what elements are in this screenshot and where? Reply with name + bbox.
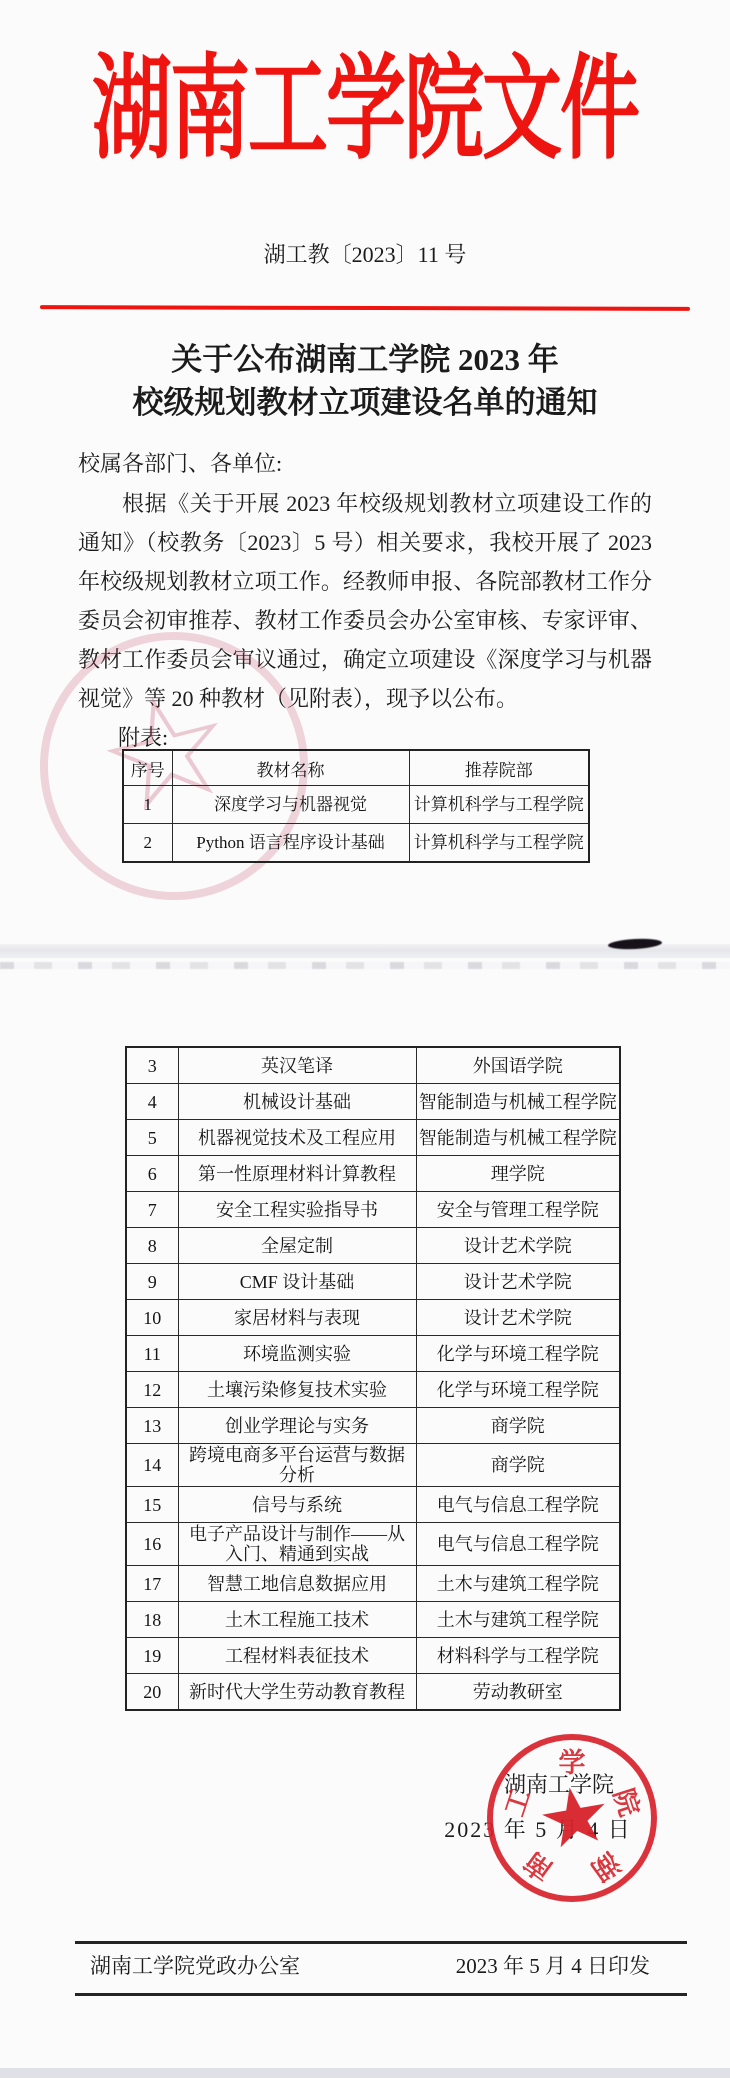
textbook-name-cell: 英汉笔译 xyxy=(178,1047,416,1084)
row-number-cell: 6 xyxy=(126,1156,178,1192)
column-header: 推荐院部 xyxy=(409,750,589,786)
textbook-name-cell: 新时代大学生劳动教育教程 xyxy=(178,1674,416,1711)
textbook-name-cell: 工程材料表征技术 xyxy=(178,1638,416,1674)
seal-ring-char: 工 xyxy=(499,1783,537,1821)
table-row: 15信号与系统电气与信息工程学院 xyxy=(126,1487,620,1523)
department-cell: 安全与管理工程学院 xyxy=(416,1192,620,1228)
row-number-cell: 20 xyxy=(126,1674,178,1711)
department-cell: 土木与建筑工程学院 xyxy=(416,1602,620,1638)
department-cell: 化学与环境工程学院 xyxy=(416,1372,620,1408)
department-cell: 计算机科学与工程学院 xyxy=(409,824,589,863)
table-row: 4机械设计基础智能制造与机械工程学院 xyxy=(126,1084,620,1120)
textbook-name-cell: 机械设计基础 xyxy=(178,1084,416,1120)
table-row: 11环境监测实验化学与环境工程学院 xyxy=(126,1336,620,1372)
table-row: 13创业学理论与实务商学院 xyxy=(126,1408,620,1444)
department-cell: 电气与信息工程学院 xyxy=(416,1523,620,1566)
row-number-cell: 19 xyxy=(126,1638,178,1674)
department-cell: 设计艺术学院 xyxy=(416,1300,620,1336)
row-number-cell: 13 xyxy=(126,1408,178,1444)
row-number-cell: 14 xyxy=(126,1444,178,1487)
table-row: 1深度学习与机器视觉计算机科学与工程学院 xyxy=(123,786,589,824)
seal-ring-text: 湖南工学院 xyxy=(487,1735,657,1905)
textbook-name-cell: 智慧工地信息数据应用 xyxy=(178,1566,416,1602)
textbook-name-cell: 第一性原理材料计算教程 xyxy=(178,1156,416,1192)
seal-ring-char: 学 xyxy=(557,1748,587,1778)
letterhead-title: 湖南工学院文件 xyxy=(0,40,730,182)
row-number-cell: 7 xyxy=(126,1192,178,1228)
table-row: 19工程材料表征技术材料科学与工程学院 xyxy=(126,1638,620,1674)
scan-bottom-edge xyxy=(0,2068,730,2078)
row-number-cell: 9 xyxy=(126,1264,178,1300)
textbook-name-cell: CMF 设计基础 xyxy=(178,1264,416,1300)
document-scan: 湖南工学院文件 湖工教〔2023〕11 号 关于公布湖南工学院 2023 年 校… xyxy=(0,0,730,2078)
department-cell: 商学院 xyxy=(416,1408,620,1444)
footer-office-name: 湖南工学院党政办公室 xyxy=(90,1950,300,1980)
red-divider-rule xyxy=(40,305,690,311)
row-number-cell: 8 xyxy=(126,1228,178,1264)
department-cell: 化学与环境工程学院 xyxy=(416,1336,620,1372)
table-row: 6第一性原理材料计算教程理学院 xyxy=(126,1156,620,1192)
row-number-cell: 3 xyxy=(126,1047,178,1084)
row-number-cell: 2 xyxy=(123,824,172,863)
seal-ring-char: 院 xyxy=(607,1783,645,1821)
row-number-cell: 10 xyxy=(126,1300,178,1336)
table-row: 9CMF 设计基础设计艺术学院 xyxy=(126,1264,620,1300)
textbook-table-page2: 3英汉笔译外国语学院4机械设计基础智能制造与机械工程学院5机器视觉技术及工程应用… xyxy=(125,1046,621,1711)
row-number-cell: 1 xyxy=(123,786,172,824)
table-row: 18土木工程施工技术土木与建筑工程学院 xyxy=(126,1602,620,1638)
department-cell: 计算机科学与工程学院 xyxy=(409,786,589,824)
table-row: 3英汉笔译外国语学院 xyxy=(126,1047,620,1084)
textbook-name-cell: 家居材料与表现 xyxy=(178,1300,416,1336)
seal-ring-char: 湖 xyxy=(585,1845,627,1887)
department-cell: 理学院 xyxy=(416,1156,620,1192)
row-number-cell: 4 xyxy=(126,1084,178,1120)
table-row: 16电子产品设计与制作——从入门、精通到实战电气与信息工程学院 xyxy=(126,1523,620,1566)
textbook-name-cell: Python 语言程序设计基础 xyxy=(172,824,409,863)
textbook-name-cell: 土木工程施工技术 xyxy=(178,1602,416,1638)
department-cell: 劳动教研室 xyxy=(416,1674,620,1711)
department-cell: 材料科学与工程学院 xyxy=(416,1638,620,1674)
textbook-name-cell: 安全工程实验指导书 xyxy=(178,1192,416,1228)
row-number-cell: 5 xyxy=(126,1120,178,1156)
notice-title-line2: 校级规划教材立项建设名单的通知 xyxy=(0,381,730,424)
doc-number: 湖工教〔2023〕11 号 xyxy=(0,238,730,269)
department-cell: 土木与建筑工程学院 xyxy=(416,1566,620,1602)
textbook-name-cell: 土壤污染修复技术实验 xyxy=(178,1372,416,1408)
department-cell: 设计艺术学院 xyxy=(416,1228,620,1264)
table-row: 10家居材料与表现设计艺术学院 xyxy=(126,1300,620,1336)
footer-rule-top xyxy=(75,1941,687,1944)
textbook-table-page1: 序号教材名称推荐院部1深度学习与机器视觉计算机科学与工程学院2Python 语言… xyxy=(122,749,590,863)
salutation: 校属各部门、各单位: xyxy=(78,450,658,478)
seal-ring-char: 南 xyxy=(518,1845,560,1887)
notice-title-line1: 关于公布湖南工学院 2023 年 xyxy=(0,338,730,381)
row-number-cell: 17 xyxy=(126,1566,178,1602)
notice-title: 关于公布湖南工学院 2023 年 校级规划教材立项建设名单的通知 xyxy=(0,338,730,424)
table-row: 14跨境电商多平台运营与数据分析商学院 xyxy=(126,1444,620,1487)
table-row: 8全屋定制设计艺术学院 xyxy=(126,1228,620,1264)
textbook-name-cell: 跨境电商多平台运营与数据分析 xyxy=(178,1444,416,1487)
textbook-name-cell: 环境监测实验 xyxy=(178,1336,416,1372)
scan-edge-noise xyxy=(0,962,730,969)
department-cell: 设计艺术学院 xyxy=(416,1264,620,1300)
table-row: 7安全工程实验指导书安全与管理工程学院 xyxy=(126,1192,620,1228)
table-row: 20新时代大学生劳动教育教程劳动教研室 xyxy=(126,1674,620,1711)
textbook-name-cell: 电子产品设计与制作——从入门、精通到实战 xyxy=(178,1523,416,1566)
column-header: 教材名称 xyxy=(172,750,409,786)
row-number-cell: 18 xyxy=(126,1602,178,1638)
department-cell: 智能制造与机械工程学院 xyxy=(416,1120,620,1156)
department-cell: 智能制造与机械工程学院 xyxy=(416,1084,620,1120)
table-row: 17智慧工地信息数据应用土木与建筑工程学院 xyxy=(126,1566,620,1602)
table-row: 2Python 语言程序设计基础计算机科学与工程学院 xyxy=(123,824,589,863)
row-number-cell: 11 xyxy=(126,1336,178,1372)
table-row: 12土壤污染修复技术实验化学与环境工程学院 xyxy=(126,1372,620,1408)
table-row: 5机器视觉技术及工程应用智能制造与机械工程学院 xyxy=(126,1120,620,1156)
row-number-cell: 16 xyxy=(126,1523,178,1566)
textbook-name-cell: 全屋定制 xyxy=(178,1228,416,1264)
department-cell: 电气与信息工程学院 xyxy=(416,1487,620,1523)
row-number-cell: 12 xyxy=(126,1372,178,1408)
textbook-name-cell: 信号与系统 xyxy=(178,1487,416,1523)
footer-print-date: 2023 年 5 月 4 日印发 xyxy=(456,1950,650,1980)
column-header: 序号 xyxy=(123,750,172,786)
footer-rule-bottom xyxy=(75,1993,687,1996)
table-header-row: 序号教材名称推荐院部 xyxy=(123,750,589,786)
department-cell: 商学院 xyxy=(416,1444,620,1487)
row-number-cell: 15 xyxy=(126,1487,178,1523)
department-cell: 外国语学院 xyxy=(416,1047,620,1084)
textbook-name-cell: 机器视觉技术及工程应用 xyxy=(178,1120,416,1156)
textbook-name-cell: 深度学习与机器视觉 xyxy=(172,786,409,824)
textbook-name-cell: 创业学理论与实务 xyxy=(178,1408,416,1444)
